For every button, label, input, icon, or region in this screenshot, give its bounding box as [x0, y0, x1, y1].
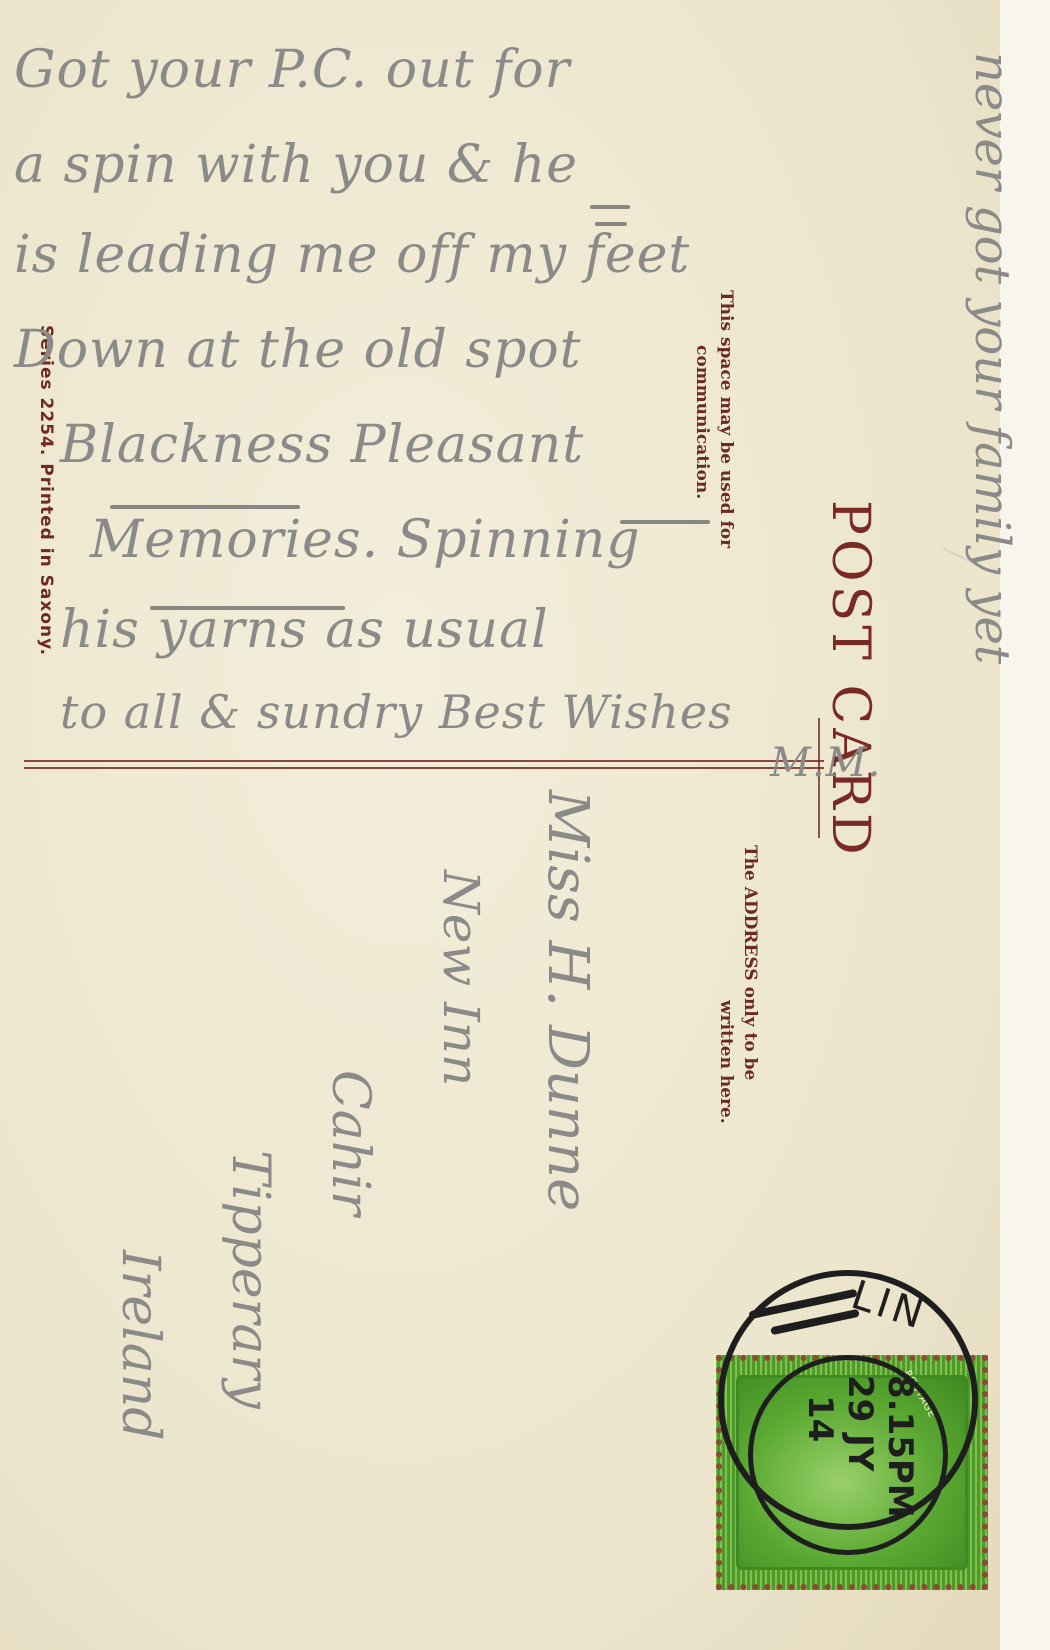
postmark-time: 8.15PM: [880, 1375, 920, 1518]
address-label-line-2: written here.: [716, 1000, 736, 1124]
underline-pleasant: [620, 520, 710, 524]
address-line: Cahir: [320, 1070, 380, 1216]
emphasis-mark: [595, 222, 627, 226]
signature: M.M.: [770, 740, 881, 786]
printed-divider-horizontal: [24, 760, 824, 769]
message-line: Got your P.C. out for: [14, 30, 570, 110]
message-line: Blackness Pleasant: [60, 405, 584, 485]
communication-label-line-2: communication.: [692, 345, 712, 499]
message-line: Memories. Spinning: [90, 500, 641, 580]
address-line: Ireland: [110, 1250, 170, 1441]
underline-blackness: [110, 505, 300, 509]
address-label-line-1: The ADDRESS only to be: [740, 845, 760, 1080]
communication-label-line-1: This space may be used for: [716, 290, 736, 548]
postmark-year: 14: [800, 1395, 840, 1442]
message-line: a spin with you & he: [14, 125, 578, 205]
address-line: New Inn: [432, 870, 490, 1086]
message-line: is leading me off my feet: [14, 215, 690, 295]
postcard-title: POST CARD: [820, 500, 880, 859]
message-line: to all & sundry Best Wishes: [60, 672, 733, 752]
margin-note: never got your family yet: [964, 52, 1020, 664]
underline-memories: [150, 606, 345, 610]
message-line: his yarns as usual: [60, 590, 549, 670]
emphasis-mark: [590, 205, 630, 209]
postmark-date: 29 JY: [840, 1375, 880, 1471]
address-line: Tipperary: [220, 1150, 280, 1409]
address-line: Miss H. Dunne: [535, 790, 600, 1211]
message-line: Down at the old spot: [14, 310, 582, 390]
